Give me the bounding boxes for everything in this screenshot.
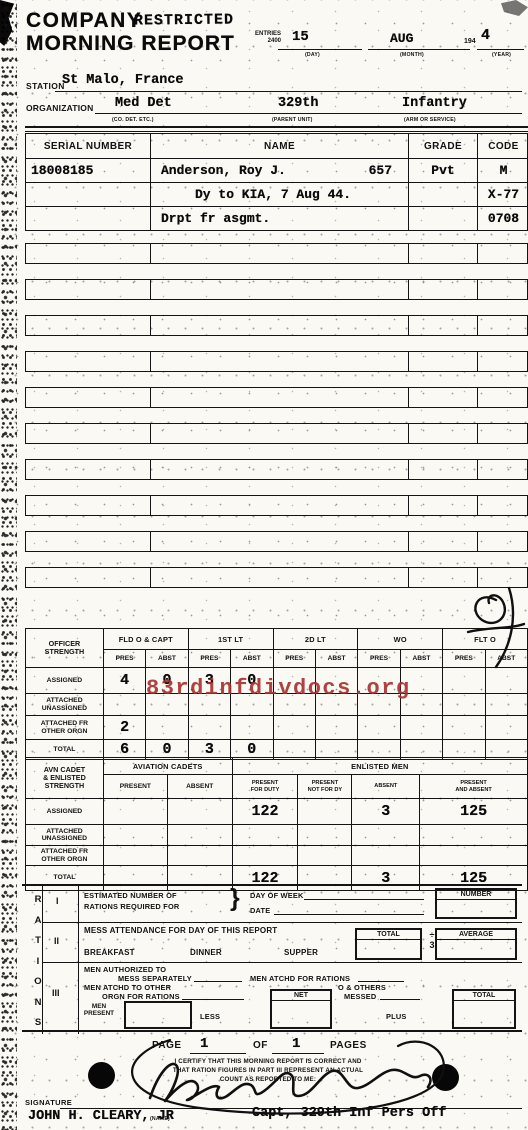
roster-cell-grade xyxy=(409,207,478,230)
enlisted-value-cell xyxy=(352,846,420,866)
roster-empty-cell xyxy=(478,388,528,407)
officer-group-header: FLD O & CAPT xyxy=(103,629,188,650)
rations-sec1-numeral: I xyxy=(56,896,59,906)
date-year-written: 4 xyxy=(481,27,490,44)
roster-empty-row xyxy=(25,459,528,480)
rations-vline-1 xyxy=(42,886,43,1034)
officer-group-header: FLT O xyxy=(443,629,528,650)
men-atchd-rations-label: MEN ATCHD FOR RATIONS xyxy=(250,974,350,983)
enlisted-value-cell xyxy=(420,846,528,866)
roster-name-text: Anderson, Roy J. xyxy=(161,163,286,178)
officer-value-cell xyxy=(485,694,527,716)
rations-divider-2 xyxy=(42,962,522,963)
roster-empty-cell xyxy=(151,496,409,515)
enlisted-data-row: ASSIGNED1223125 xyxy=(26,799,528,825)
enlisted-strength-table: AVN CADET & ENLISTED STRENGTHAVIATION CA… xyxy=(25,757,528,891)
day-of-week-label: DAY OF WEEK xyxy=(250,891,304,900)
site-watermark: 83rdinfdivdocs.org xyxy=(146,676,411,701)
enlisted-sub-header: ABSENT xyxy=(352,775,420,799)
date-year-line xyxy=(477,49,524,50)
roster-empty-cell xyxy=(409,424,478,443)
officer-value-cell xyxy=(188,716,230,740)
officer-row-label: ATTACHED UNASSIGNED xyxy=(26,694,104,716)
scan-blotch-topleft xyxy=(0,0,14,46)
enlisted-table: AVN CADET & ENLISTED STRENGTHAVIATION CA… xyxy=(25,757,528,891)
roster-name-text: Dy to KIA, 7 Aug 44. xyxy=(161,187,351,202)
mess-total-box[interactable]: TOTAL xyxy=(355,928,422,960)
officer-value-cell xyxy=(485,668,527,694)
of-label: OF xyxy=(253,1040,268,1051)
roster-empty-cell xyxy=(26,496,151,515)
enlisted-value-cell xyxy=(232,825,298,846)
enlisted-value-cell xyxy=(298,799,352,825)
officer-value-cell xyxy=(443,668,485,694)
enlisted-value-cell: 3 xyxy=(352,799,420,825)
officer-value-cell xyxy=(315,716,357,740)
enlisted-row-label: ATTACHED FR OTHER ORGN xyxy=(26,846,104,866)
roster-empty-cell xyxy=(26,352,151,371)
enlisted-data-row: ATTACHED UNASSIGNED xyxy=(26,825,528,846)
date-day-value: 15 xyxy=(292,29,309,45)
enlisted-corner-label: AVN CADET & ENLISTED STRENGTH xyxy=(26,758,104,799)
enlisted-value-cell: 125 xyxy=(420,799,528,825)
roster-row: Drpt fr asgmt.0708 xyxy=(25,207,528,231)
enlisted-men-header: ENLISTED MEN xyxy=(232,758,527,775)
enlisted-row-label: ATTACHED UNASSIGNED xyxy=(26,825,104,846)
roster-empty-cell xyxy=(26,568,151,587)
rations-sec1-brace: } xyxy=(230,884,240,913)
page-number-line xyxy=(190,1053,246,1054)
date-year-sublabel: (YEAR) xyxy=(492,52,511,58)
officer-value-cell xyxy=(358,716,400,740)
roster-empty-cell xyxy=(26,244,151,263)
enlisted-sub-header: PRESENT xyxy=(103,775,167,799)
messed-label: MESSED xyxy=(344,992,376,1001)
enlisted-value-cell xyxy=(167,825,232,846)
form-title-company: COMPANY xyxy=(26,9,142,33)
officer-sub-pres: PRES xyxy=(358,650,400,668)
roster-empty-cell xyxy=(478,460,528,479)
officer-sub-pres: PRES xyxy=(103,650,145,668)
roster-cell-name: Drpt fr asgmt. xyxy=(151,207,409,230)
breakfast-label: BREAKFAST xyxy=(84,948,135,957)
roster-empty-cell xyxy=(26,460,151,479)
roster-col-serial: SERIAL NUMBER xyxy=(26,134,151,158)
roster-empty-cell xyxy=(409,280,478,299)
officer-value-cell xyxy=(400,716,442,740)
org-parent-sublabel: (PARENT UNIT) xyxy=(272,117,313,123)
officer-sub-abst: ABST xyxy=(400,650,442,668)
certification-text: I CERTIFY THAT THIS MORNING REPORT IS CO… xyxy=(128,1057,408,1084)
officer-sub-pres: PRES xyxy=(443,650,485,668)
orgn-for-rations-label: ORGN FOR RATIONS xyxy=(102,992,180,1001)
roster-empty-cell xyxy=(409,496,478,515)
restricted-stamp: RESTRICTED xyxy=(134,11,234,29)
enlisted-group-header-row: AVN CADET & ENLISTED STRENGTHAVIATION CA… xyxy=(26,758,528,775)
form-title-morning-report: MORNING REPORT xyxy=(26,32,235,56)
officer-value-cell xyxy=(273,716,315,740)
date-day-line xyxy=(278,49,362,50)
supper-label: SUPPER xyxy=(284,948,318,957)
roster-empty-cell xyxy=(478,316,528,335)
roster-empty-row xyxy=(25,279,528,300)
officer-row-label: ASSIGNED xyxy=(26,668,104,694)
number-box[interactable]: NUMBER xyxy=(435,888,517,919)
roster-empty-row xyxy=(25,315,528,336)
officer-value-cell xyxy=(146,716,188,740)
rations-letter: I xyxy=(37,952,40,973)
officer-sub-pres: PRES xyxy=(273,650,315,668)
net-box-label: NET xyxy=(272,991,330,1001)
roster-col-name: NAME xyxy=(151,134,409,158)
scan-blotch-topright xyxy=(498,0,528,16)
enlisted-value-cell xyxy=(352,825,420,846)
roster-empty-cell xyxy=(151,532,409,551)
roster-empty-cell xyxy=(478,424,528,443)
signed-title-typed: Capt, 329th Inf Pers Off xyxy=(252,1106,446,1121)
rations-divider-1 xyxy=(42,922,522,923)
roster-empty-cell xyxy=(151,460,409,479)
o-and-others-label: O & OTHERS xyxy=(338,983,386,992)
station-line xyxy=(55,91,522,92)
rations-sec2-numeral: II xyxy=(54,936,59,946)
date-year-preprint: 194 xyxy=(464,38,476,45)
roster-empty-cell xyxy=(478,532,528,551)
roster-empty-cell xyxy=(409,244,478,263)
roster-cell-name: Dy to KIA, 7 Aug 44. xyxy=(151,183,409,206)
enlisted-sub-header: PRESENT NOT FOR DY xyxy=(298,775,352,799)
roster-cell-grade: Pvt xyxy=(409,159,478,182)
page-label: PAGE xyxy=(152,1040,182,1051)
roster-empty-row xyxy=(25,243,528,264)
orgn-for-rations-blank[interactable] xyxy=(182,999,244,1000)
officer-value-cell xyxy=(103,694,145,716)
enlisted-value-cell xyxy=(298,825,352,846)
roster-empty-cell xyxy=(478,496,528,515)
roster-empty-cell xyxy=(26,424,151,443)
roster-empty-cell xyxy=(478,352,528,371)
enlisted-value-cell xyxy=(103,799,167,825)
punch-hole-left xyxy=(88,1062,115,1089)
officer-group-header: WO xyxy=(358,629,443,650)
dinner-label: DINNER xyxy=(190,948,222,957)
roster-empty-cell xyxy=(151,388,409,407)
enlisted-value-cell xyxy=(298,846,352,866)
roster-empty-cell xyxy=(151,352,409,371)
net-box[interactable]: NET xyxy=(270,989,332,1029)
roster-empty-cell xyxy=(478,244,528,263)
average-box[interactable]: AVERAGE xyxy=(435,928,517,960)
roster-col-grade: GRADE xyxy=(409,134,478,158)
roster-cell-serial xyxy=(26,183,151,206)
roster-empty-cell xyxy=(409,352,478,371)
roster-table: SERIAL NUMBER NAME GRADE CODE 18008185An… xyxy=(25,133,528,603)
rations-total-box-label: TOTAL xyxy=(454,991,514,1001)
messed-blank[interactable] xyxy=(380,999,420,1000)
rations-letter: A xyxy=(35,911,42,932)
officer-group-header: 1ST LT xyxy=(188,629,273,650)
roster-empty-cell xyxy=(478,568,528,587)
enlisted-value-cell xyxy=(167,799,232,825)
officer-sub-abst: ABST xyxy=(231,650,273,668)
officer-sub-abst: ABST xyxy=(146,650,188,668)
enlisted-value-cell: 122 xyxy=(232,799,298,825)
day-of-week-blank[interactable] xyxy=(304,899,424,900)
date-day-sublabel: (DAY) xyxy=(305,52,320,58)
rations-letter: S xyxy=(35,1013,41,1034)
roster-top-rule xyxy=(25,126,528,132)
roster-empty-cell xyxy=(478,280,528,299)
roster-empty-cell xyxy=(151,424,409,443)
officer-group-header: 2D LT xyxy=(273,629,358,650)
men-present-box[interactable] xyxy=(124,1001,192,1029)
enlisted-sub-header: ABSENT xyxy=(167,775,232,799)
roster-empty-cell xyxy=(151,316,409,335)
officer-value-cell xyxy=(485,716,527,740)
station-label: STATION xyxy=(26,81,65,91)
officer-value-cell: 4 xyxy=(103,668,145,694)
pages-number: 1 xyxy=(292,1036,300,1052)
rations-sec3-numeral: III xyxy=(52,988,60,998)
roster-cell-serial xyxy=(26,207,151,230)
officer-value-cell: 2 xyxy=(103,716,145,740)
rations-letter: R xyxy=(35,890,42,911)
pages-number-line xyxy=(272,1053,324,1054)
officer-data-row: ATTACHED FR OTHER ORGN2 xyxy=(26,716,528,740)
roster-empty-row xyxy=(25,423,528,444)
roster-cell-serial: 18008185 xyxy=(26,159,151,182)
men-authorized-label: MEN AUTHORIZED TO xyxy=(84,965,166,974)
date-blank[interactable] xyxy=(274,914,424,915)
plus-label: PLUS xyxy=(386,1012,407,1021)
men-atchd-rations-blank[interactable] xyxy=(358,981,404,982)
enlisted-value-cell xyxy=(103,846,167,866)
pages-label: PAGES xyxy=(330,1040,367,1051)
date-label: DATE xyxy=(250,906,270,915)
scan-noise-left-edge xyxy=(0,0,17,1130)
roster-cell-grade xyxy=(409,183,478,206)
men-atchd-other-label: MEN ATCHD TO OTHER xyxy=(84,983,171,992)
enlisted-sub-header: PRESENT FOR DUTY xyxy=(232,775,298,799)
enlisted-value-cell xyxy=(420,825,528,846)
roster-cell-name: Anderson, Roy J.657 xyxy=(151,159,409,182)
roster-empty-cell xyxy=(409,568,478,587)
roster-empty-cell xyxy=(151,568,409,587)
roster-empty-row xyxy=(25,387,528,408)
roster-name-text: Drpt fr asgmt. xyxy=(161,211,270,226)
date-month-sublabel: (MONTH) xyxy=(400,52,424,58)
officer-sub-abst: ABST xyxy=(315,650,357,668)
org-unit-sublabel: (CO. DET. ETC.) xyxy=(112,117,154,123)
entries-2400-label: ENTRIES 2400 xyxy=(247,31,281,44)
officer-row-label: ATTACHED FR OTHER ORGN xyxy=(26,716,104,740)
less-label: LESS xyxy=(200,1012,220,1021)
roster-empty-cell xyxy=(26,316,151,335)
org-parent-value: 329th xyxy=(278,96,319,111)
roster-empty-cell xyxy=(26,388,151,407)
org-arm-sublabel: (ARM OR SERVICE) xyxy=(404,117,456,123)
date-month-line xyxy=(368,49,470,50)
org-unit-value: Med Det xyxy=(115,96,172,111)
roster-row: 18008185Anderson, Roy J.657PvtM xyxy=(25,159,528,183)
signature-label: SIGNATURE xyxy=(25,1098,72,1107)
rations-total-box[interactable]: TOTAL xyxy=(452,989,516,1029)
officer-value-cell xyxy=(443,716,485,740)
rations-letter: T xyxy=(35,931,41,952)
roster-empty-row xyxy=(25,531,528,552)
roster-row: Dy to KIA, 7 Aug 44.X-77 xyxy=(25,183,528,207)
organization-label: ORGANIZATION xyxy=(26,103,93,113)
morning-report-document: COMPANY RESTRICTED MORNING REPORT ENTRIE… xyxy=(0,0,528,1130)
officer-sub-abst: ABST xyxy=(485,650,527,668)
men-present-label: MEN PRESENT xyxy=(80,1003,118,1017)
organization-line xyxy=(95,113,522,114)
number-box-label: NUMBER xyxy=(437,890,515,900)
mess-separately-blank[interactable] xyxy=(194,981,242,982)
enlisted-sub-header: PRESENT AND ABSENT xyxy=(420,775,528,799)
mess-attendance-label: MESS ATTENDANCE FOR DAY OF THIS REPORT xyxy=(84,926,277,935)
enlisted-value-cell xyxy=(167,846,232,866)
officer-sub-pres: PRES xyxy=(188,650,230,668)
officer-group-header-row: OFFICER STRENGTHFLD O & CAPT1ST LT2D LTW… xyxy=(26,629,528,650)
officer-value-cell xyxy=(443,694,485,716)
roster-empty-cell xyxy=(26,280,151,299)
punch-hole-right xyxy=(432,1064,459,1091)
station-value: St Malo, France xyxy=(62,73,184,88)
enlisted-value-cell xyxy=(103,825,167,846)
roster-empty-cell xyxy=(409,460,478,479)
roster-empty-row xyxy=(25,567,528,588)
roster-cell-code: 0708 xyxy=(478,207,528,230)
roster-empty-cell xyxy=(409,388,478,407)
rations-sec1-line1: ESTIMATED NUMBER OF xyxy=(84,891,177,900)
enlisted-row-label: ASSIGNED xyxy=(26,799,104,825)
roster-empty-cell xyxy=(409,532,478,551)
roster-col-code: CODE xyxy=(478,134,528,158)
roster-empty-cell xyxy=(151,244,409,263)
org-arm-value: Infantry xyxy=(402,96,467,111)
date-month-value: AUG xyxy=(390,31,413,46)
rations-letter: O xyxy=(34,972,41,993)
roster-header-row: SERIAL NUMBER NAME GRADE CODE xyxy=(25,133,528,159)
roster-cell-code: M xyxy=(478,159,528,182)
enlisted-value-cell xyxy=(232,846,298,866)
average-box-label: AVERAGE xyxy=(437,930,515,940)
roster-empty-cell xyxy=(409,316,478,335)
officer-value-cell xyxy=(231,716,273,740)
rations-vline-2 xyxy=(78,886,79,1034)
rations-section: RATIONS I ESTIMATED NUMBER OF RATIONS RE… xyxy=(22,884,522,1032)
name-sublabel: (NAME) xyxy=(150,1116,170,1122)
mess-total-box-label: TOTAL xyxy=(357,930,420,940)
mess-separately-label: MESS SEPARATELY xyxy=(118,974,192,983)
roster-empty-cell xyxy=(26,532,151,551)
enlisted-data-row: ATTACHED FR OTHER ORGN xyxy=(26,846,528,866)
roster-cell-code: X-77 xyxy=(478,183,528,206)
roster-empty-cell xyxy=(151,280,409,299)
roster-empty-row xyxy=(25,495,528,516)
rations-sec1-line2: RATIONS REQUIRED FOR xyxy=(84,902,179,911)
page-number: 1 xyxy=(200,1036,208,1052)
aviation-cadets-header: AVIATION CADETS xyxy=(103,758,232,775)
officer-corner-label: OFFICER STRENGTH xyxy=(26,629,104,668)
roster-empty-row xyxy=(25,351,528,372)
roster-duty-number: 657 xyxy=(369,163,392,178)
rations-letter: N xyxy=(35,993,42,1014)
